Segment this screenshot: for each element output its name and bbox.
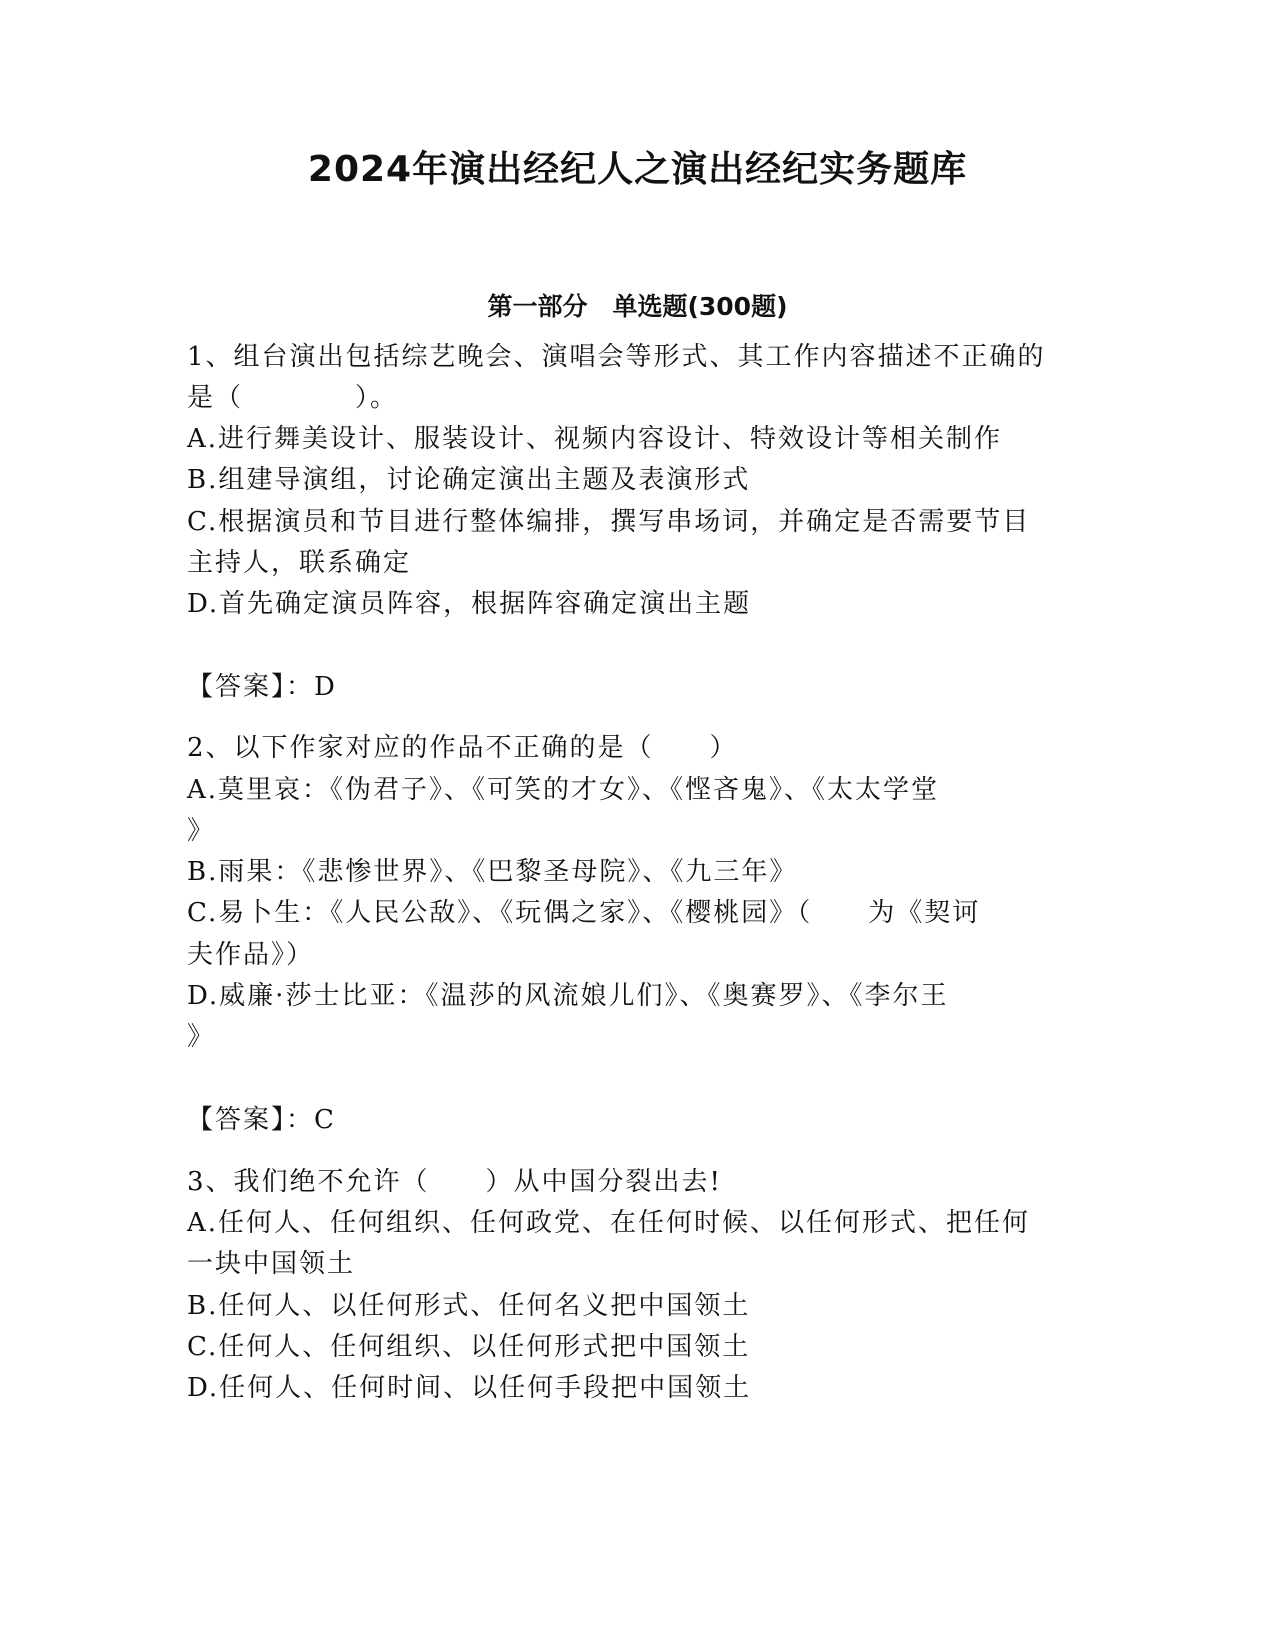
question-2-option-c-line-1: C.易卜生：《人民公敌》、《玩偶之家》、《樱桃园》（ 为《契诃 (187, 896, 980, 930)
document-title: 2024年演出经纪人之演出经纪实务题库 (0, 148, 1275, 192)
question-1-option-c-line-1: C.根据演员和节目进行整体编排，撰写串场词，并确定是否需要节目 (187, 505, 1030, 539)
question-3-option-a-line-2: 一块中国领土 (187, 1247, 355, 1281)
document-page: 2024年演出经纪人之演出经纪实务题库 第一部分 单选题(300题) 1、组台演… (0, 0, 1275, 1650)
question-2-option-d-line-1: D.威廉·莎士比亚：《温莎的风流娘儿们》、《奥赛罗》、《李尔王 (187, 979, 948, 1013)
question-2-option-a-line-1: A.莫里哀：《伪君子》、《可笑的才女》、《悭吝鬼》、《太太学堂 (187, 773, 939, 807)
question-3-option-a-line-1: A.任何人、任何组织、任何政党、在任何时候、以任何形式、把任何 (187, 1206, 1030, 1240)
question-3-option-b: B.任何人、以任何形式、任何名义把中国领土 (187, 1289, 750, 1323)
question-1-stem-line-2: 是（ ）。 (187, 381, 398, 415)
question-2-stem: 2、以下作家对应的作品不正确的是（ ） (187, 731, 738, 765)
question-2-answer: 【答案】：C (187, 1103, 336, 1137)
question-2-option-b: B.雨果：《悲惨世界》、《巴黎圣母院》、《九三年》 (187, 855, 797, 889)
question-1-option-b: B.组建导演组，讨论确定演出主题及表演形式 (187, 463, 750, 497)
question-3-stem: 3、我们绝不允许（ ）从中国分裂出去! (187, 1165, 722, 1199)
question-1-stem-line-1: 1、组台演出包括综艺晚会、演唱会等形式、其工作内容描述不正确的 (187, 340, 1046, 374)
question-1-option-d: D.首先确定演员阵容，根据阵容确定演出主题 (187, 587, 751, 621)
question-1-option-a: A.进行舞美设计、服装设计、视频内容设计、特效设计等相关制作 (187, 422, 1002, 456)
question-1-answer: 【答案】：D (187, 670, 337, 704)
question-2-option-a-line-2: 》 (187, 814, 215, 848)
question-3-option-c: C.任何人、任何组织、以任何形式把中国领土 (187, 1330, 750, 1364)
question-1-option-c-line-2: 主持人，联系确定 (187, 546, 411, 580)
question-2-option-c-line-2: 夫作品》） (187, 938, 314, 972)
question-3-option-d: D.任何人、任何时间、以任何手段把中国领土 (187, 1371, 751, 1405)
section-heading: 第一部分 单选题(300题) (0, 290, 1275, 324)
question-2-option-d-line-2: 》 (187, 1020, 215, 1054)
